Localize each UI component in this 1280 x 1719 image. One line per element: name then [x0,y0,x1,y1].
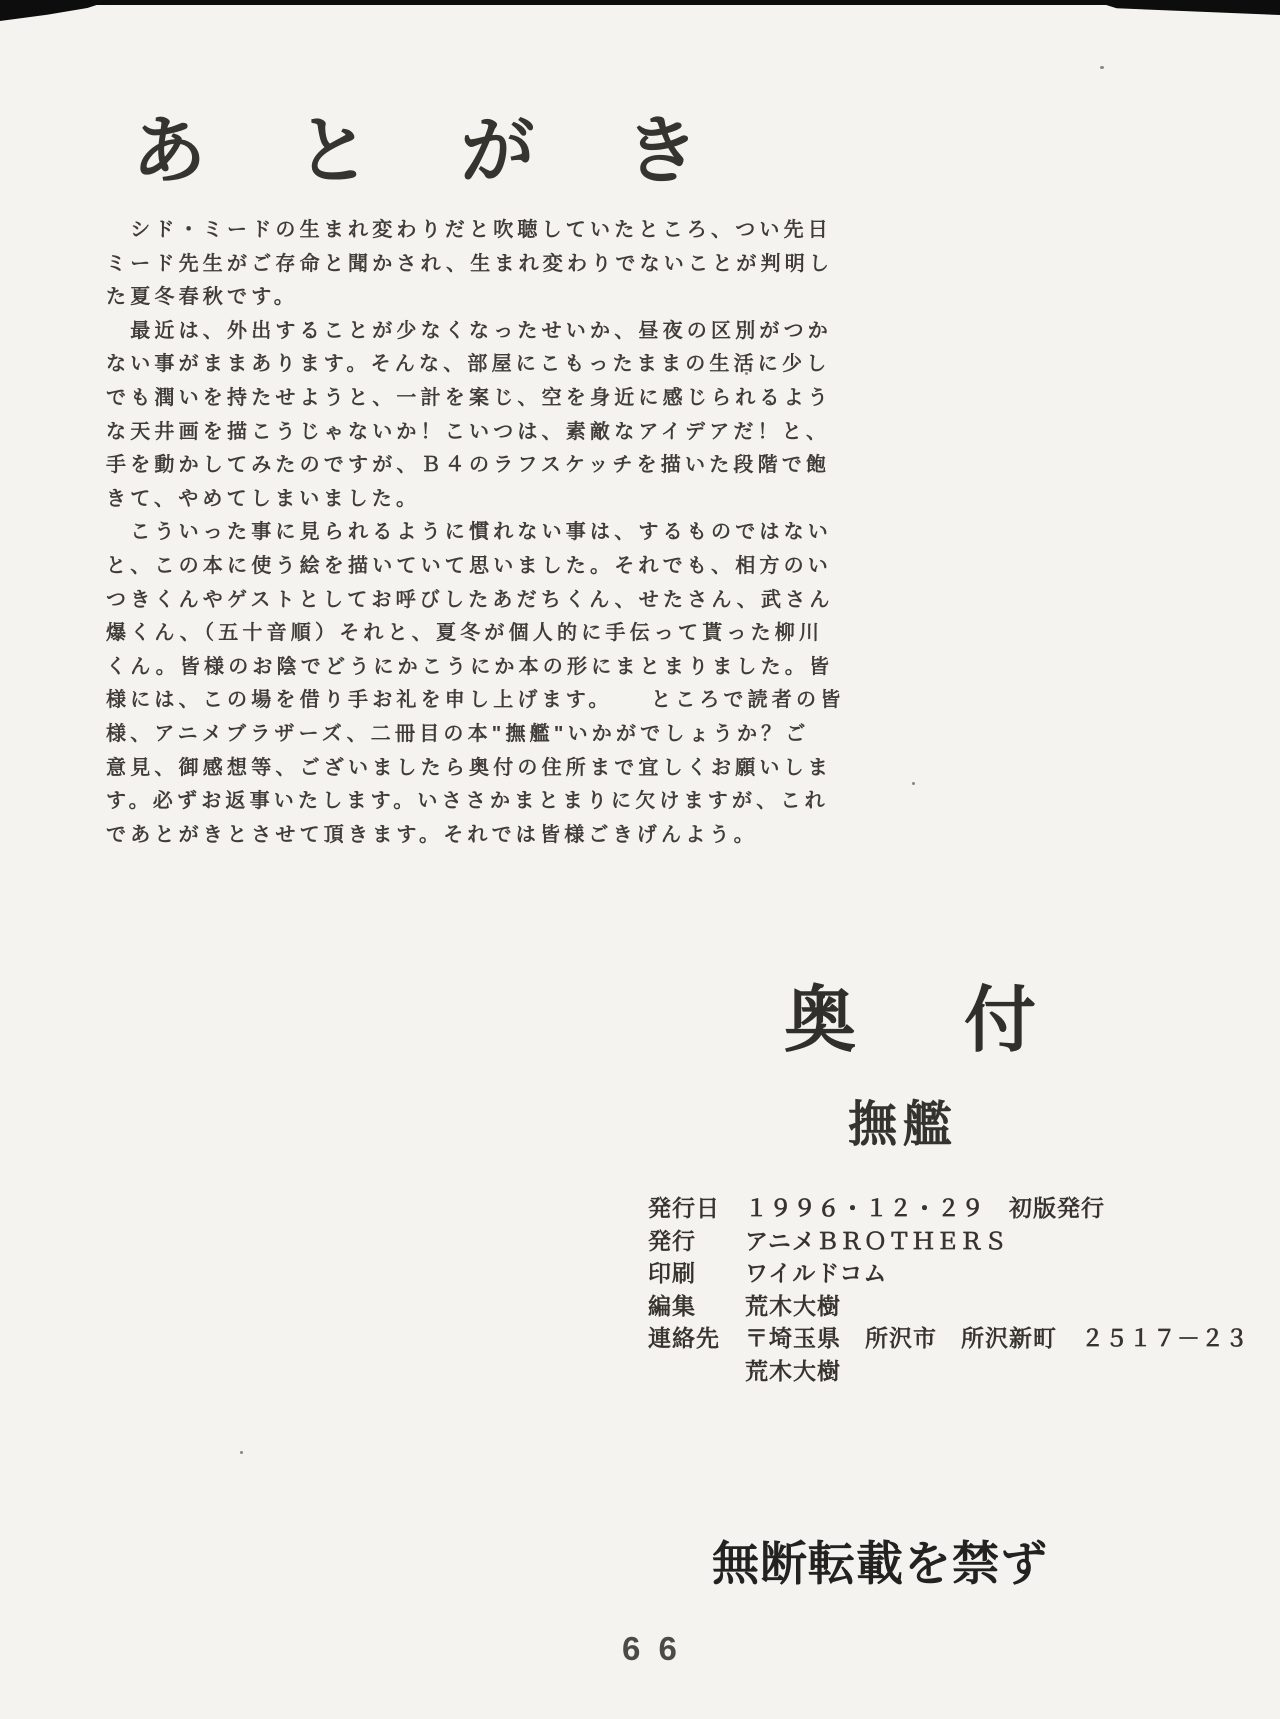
colophon-label: 連絡先 [648,1322,745,1355]
colophon-value: ワイルドコム [745,1257,887,1290]
scan-edge-artifact-top-right [1090,0,1280,15]
colophon-label: 発行日 [648,1192,745,1225]
afterword-line: こういった事に見られるように慣れない事は、するものではない [106,516,746,550]
afterword-line: 手を動かしてみたのですが、Ｂ４のラフスケッチを描いた段階で飽 [106,449,746,483]
colophon-row-contact: 連絡先 〒埼玉県 所沢市 所沢新町 ２５１７－２３ [648,1322,1249,1355]
afterword-line: な天井画を描こうじゃないか！こいつは、素敵なアイデアだ！と、 [106,416,746,450]
colophon-label: 編集 [648,1290,745,1323]
afterword-line: ない事がままあります。そんな、部屋にこもったままの生活に少し [106,348,746,382]
colophon-row-publish-date: 発行日 １９９６・１２・２９ 初版発行 [648,1192,1249,1225]
afterword-line: つきくんやゲストとしてお呼びしたあだちくん、せたさん、武さん [106,584,746,618]
colophon-heading: 奥付 [784,962,1144,1066]
afterword-line: 爆くん、（五十音順）それと、夏冬が個人的に手伝って貰った柳川 [106,617,746,651]
colophon-row-publisher: 発行 アニメＢＲＯＴＨＥＲＳ [648,1225,1249,1258]
afterword-line: 様には、この場を借り手お礼を申し上げます。 ところで読者の皆 [106,684,746,718]
afterword-line: ミード先生がご存命と聞かされ、生まれ変わりでないことが判明し [106,248,746,282]
colophon-value: １９９６・１２・２９ 初版発行 [745,1192,1105,1225]
afterword-line: た夏冬春秋です。 [106,281,746,315]
afterword-line: きて、やめてしまいました。 [106,483,746,517]
afterword-line: くん。皆様のお陰でどうにかこうにか本の形にまとまりました。皆 [106,651,746,685]
afterword-title: あとがき [132,92,789,198]
scan-speck [1100,66,1104,69]
afterword-line: であとがきとさせて頂きます。それでは皆様ごきげんよう。 [106,819,746,853]
afterword-line: 意見、御感想等、ございましたら奥付の住所まで宜しくお願いしま [106,752,746,786]
colophon-value: アニメＢＲＯＴＨＥＲＳ [745,1225,1008,1258]
colophon-row-printer: 印刷 ワイルドコム [648,1257,1249,1290]
afterword-line: シド・ミードの生まれ変わりだと吹聴していたところ、つい先日 [106,214,746,248]
afterword-line: 最近は、外出することが少なくなったせいか、昼夜の区別がつか [106,315,746,349]
colophon-label: 発行 [648,1225,745,1258]
colophon-label: 印刷 [648,1257,745,1290]
afterword-line: 様、アニメブラザーズ、二冊目の本"撫艦"いかがでしょうか？ご [106,718,746,752]
scan-edge-artifact-top-left [0,0,112,21]
reproduction-prohibited-notice: 無断転載を禁ず [712,1527,1048,1594]
colophon-book-title: 撫艦 [848,1086,958,1156]
scan-edge-artifact-top [0,0,1280,5]
colophon-row-editor: 編集 荒木大樹 [648,1290,1249,1323]
scan-speck [240,1451,243,1454]
afterword-body: シド・ミードの生まれ変わりだと吹聴していたところ、つい先日 ミード先生がご存命と… [106,214,746,852]
afterword-line: でも潤いを持たせようと、一計を案じ、空を身近に感じられるよう [106,382,746,416]
page-number: 66 [622,1630,695,1668]
colophon-contact-name: 荒木大樹 [648,1355,1249,1388]
afterword-line: と、この本に使う絵を描いていて思いました。それでも、相方のい [106,550,746,584]
scan-speck [912,782,915,785]
scanned-doujinshi-page: あとがき シド・ミードの生まれ変わりだと吹聴していたところ、つい先日 ミード先生… [0,0,1280,1719]
colophon-value: 荒木大樹 [745,1290,841,1323]
afterword-line: す。必ずお返事いたします。いささかまとまりに欠けますが、これ [106,785,746,819]
colophon-table: 発行日 １９９６・１２・２９ 初版発行 発行 アニメＢＲＯＴＨＥＲＳ 印刷 ワイ… [648,1192,1249,1387]
colophon-value: 〒埼玉県 所沢市 所沢新町 ２５１７－２３ [745,1322,1249,1355]
